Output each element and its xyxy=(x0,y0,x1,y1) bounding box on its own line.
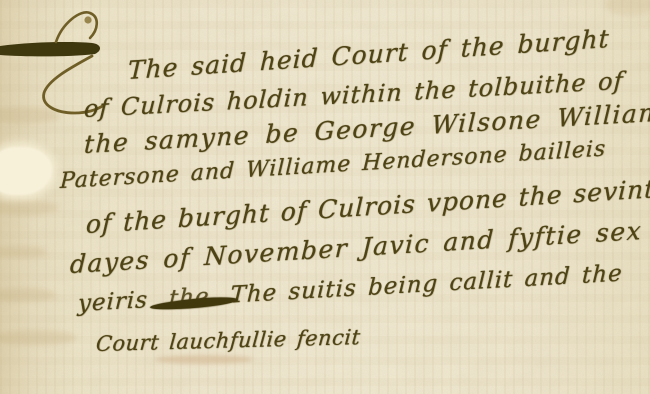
paper-patch xyxy=(0,147,52,195)
bleed-through-stain xyxy=(0,246,47,258)
paper-stain xyxy=(605,0,650,16)
manuscript-page: The said heid Court of the burght of Cul… xyxy=(0,0,650,394)
flourish-heavy-bar xyxy=(0,42,100,56)
bleed-through-stain xyxy=(0,200,58,215)
bleed-through-stain xyxy=(0,330,77,345)
line7-word-yeiris: yeiris xyxy=(77,287,148,317)
manuscript-line-8: Court lauchfullie fencit xyxy=(95,325,361,356)
flourish-upper-curve xyxy=(56,12,97,42)
line7-continuation: The suitis being callit and the xyxy=(230,260,623,308)
ink-smear xyxy=(155,355,253,364)
bleed-through-stain xyxy=(0,288,56,302)
ink-blot xyxy=(84,16,91,23)
